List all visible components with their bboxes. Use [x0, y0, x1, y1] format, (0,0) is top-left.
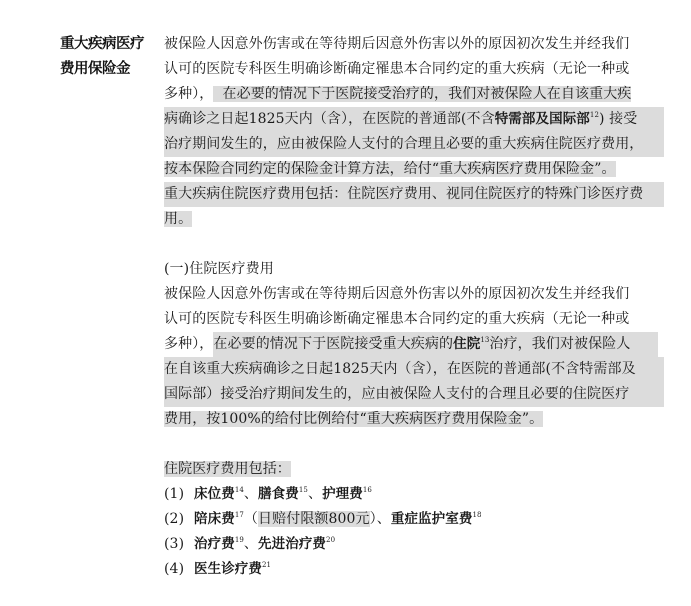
highlighted-text: 住院医疗费用包括：: [164, 461, 291, 477]
highlighted-text: 按本保险合同约定的保险金计算方法，给付“重大疾病医疗费用保险金”。: [164, 161, 616, 177]
text-line: 被保险人因意外伤害或在等待期后因意外伤害以外的原因初次发生并经我们: [164, 32, 664, 57]
text-span: 、: [244, 536, 258, 552]
bold-term: 先进治疗费: [258, 536, 326, 552]
footnote-ref[interactable]: 12: [590, 111, 599, 119]
text-span: 、: [244, 486, 258, 502]
highlighted-line: 在自该重大疾病确诊之日起1825天内（含），在医院的普通部(不含特需部及: [164, 357, 664, 382]
list-number: (1): [164, 482, 194, 507]
highlighted-line: 重大疾病住院医疗费用包括：住院医疗费用、视同住院医疗的特殊门诊医疗费: [164, 182, 664, 207]
highlighted-text: 费用，按100%的给付比例给付“重大疾病医疗费用保险金”。: [164, 411, 543, 427]
list-item: (2)陪床费17（日赔付限额800元）、重症监护室费18: [164, 507, 664, 532]
text-line: 被保险人因意外伤害或在等待期后因意外伤害以外的原因初次发生并经我们: [164, 282, 664, 307]
footnote-ref[interactable]: 15: [299, 486, 308, 494]
list-item: (4)医生诊疗费21: [164, 557, 664, 582]
footnote-ref[interactable]: 16: [363, 486, 372, 494]
bold-term: 膳食费: [258, 486, 299, 502]
list-number: (3): [164, 532, 194, 557]
list-number: (4): [164, 557, 194, 582]
text-span: 在必要的情况下于医院接受重大疾病的: [213, 336, 453, 352]
highlighted-line: 治疗期间发生的，应由被保险人支付的合理且必要的重大疾病住院医疗费用，: [164, 132, 664, 157]
list-item: (1)床位费14、膳食费15、护理费16: [164, 482, 664, 507]
list-item: (3)治疗费19、先进治疗费20: [164, 532, 664, 557]
text-line: 认可的医院专科医生明确诊断确定罹患本合同约定的重大疾病（无论一种或: [164, 57, 664, 82]
bold-term: 治疗费: [194, 536, 235, 552]
text-span: 多种），: [164, 336, 213, 352]
highlighted-text: 在必要的情况下于医院接受重大疾病的住院13治疗，我们对被保险人: [213, 332, 658, 357]
paragraph-main: 被保险人因意外伤害或在等待期后因意外伤害以外的原因初次发生并经我们 认可的医院专…: [164, 32, 664, 232]
text-line: 用。: [164, 207, 664, 232]
footnote-ref[interactable]: 18: [472, 511, 481, 519]
bold-term: 重症监护室费: [391, 511, 473, 527]
text-span: 治疗，我们对被保险人: [489, 336, 630, 352]
highlighted-text: 在必要的情况下于医院接受治疗的，我们对被保险人在自该重大疾: [213, 86, 631, 102]
highlighted-line: 国际部）接受治疗期间发生的，应由被保险人支付的合理且必要的住院医疗: [164, 382, 664, 407]
list-heading: 住院医疗费用包括：: [164, 457, 664, 482]
list-number: (2): [164, 507, 194, 532]
highlighted-text: 用。: [164, 211, 192, 227]
text-span: （: [244, 511, 258, 527]
term-title: 重大疾病医疗 费用保险金: [60, 32, 156, 82]
section-inpatient: (一)住院医疗费用 被保险人因意外伤害或在等待期后因意外伤害以外的原因初次发生并…: [164, 257, 664, 432]
text-span: ) 接受: [599, 111, 637, 127]
section-heading: (一)住院医疗费用: [164, 257, 664, 282]
bold-term: 陪床费: [194, 511, 235, 527]
footnote-ref[interactable]: 19: [235, 536, 244, 544]
text-span: 多种），: [164, 86, 213, 102]
text-span: ）、: [370, 511, 391, 527]
bold-term: 医生诊疗费: [194, 561, 262, 577]
footnote-ref[interactable]: 20: [326, 536, 335, 544]
term-title-line-1: 重大疾病医疗: [60, 32, 156, 57]
footnote-ref[interactable]: 21: [262, 561, 271, 569]
highlighted-text: 日赔付限额800元: [258, 511, 370, 527]
text-line: 多种）， 在必要的情况下于医院接受治疗的，我们对被保险人在自该重大疾: [164, 82, 664, 107]
bold-term: 护理费: [322, 486, 363, 502]
text-span: 、: [308, 486, 322, 502]
bold-term: 特需部及国际部: [495, 111, 590, 127]
text-line: 多种），在必要的情况下于医院接受重大疾病的住院13治疗，我们对被保险人: [164, 332, 664, 357]
text-line: 认可的医院专科医生明确诊断确定罹患本合同约定的重大疾病（无论一种或: [164, 307, 664, 332]
text-line: 费用，按100%的给付比例给付“重大疾病医疗费用保险金”。: [164, 407, 664, 432]
bold-term: 住院: [453, 336, 480, 352]
text-line: 按本保险合同约定的保险金计算方法，给付“重大疾病医疗费用保险金”。: [164, 157, 664, 182]
footnote-ref[interactable]: 14: [235, 486, 244, 494]
includes-list: 住院医疗费用包括： (1)床位费14、膳食费15、护理费16 (2)陪床费17（…: [164, 457, 664, 582]
text-span: 病确诊之日起1825天内（含），在医院的普通部(不含: [164, 111, 495, 127]
bold-term: 床位费: [194, 486, 235, 502]
term-body: 被保险人因意外伤害或在等待期后因意外伤害以外的原因初次发生并经我们 认可的医院专…: [164, 32, 664, 582]
term-title-line-2: 费用保险金: [60, 57, 156, 82]
highlighted-line: 病确诊之日起1825天内（含），在医院的普通部(不含特需部及国际部12) 接受: [164, 107, 664, 132]
footnote-ref[interactable]: 17: [235, 511, 244, 519]
